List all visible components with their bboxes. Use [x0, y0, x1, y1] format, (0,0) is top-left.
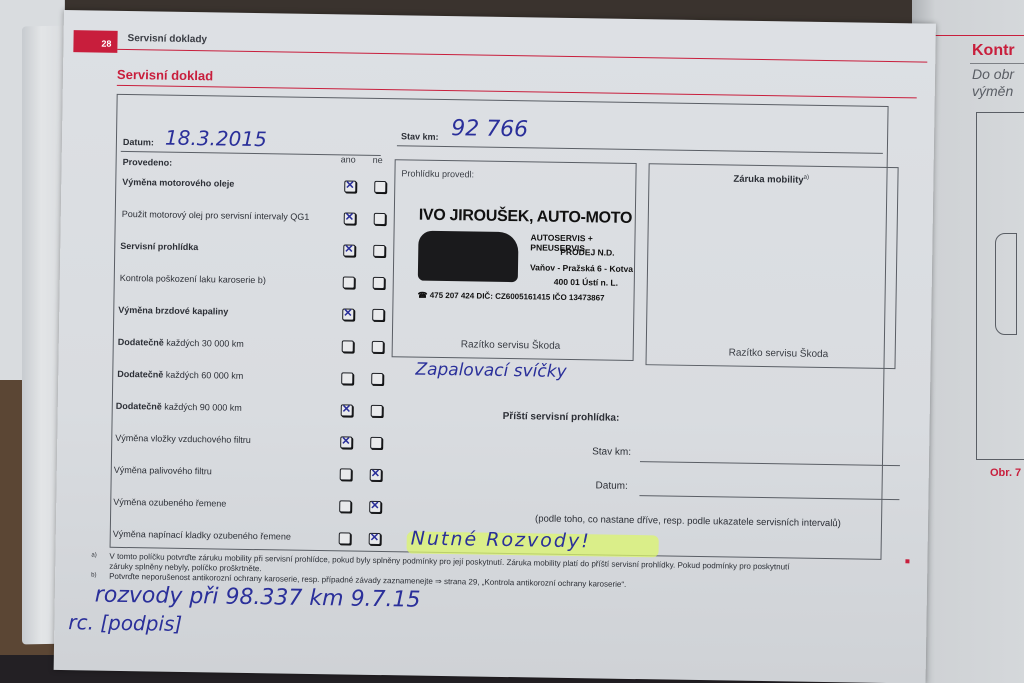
checkbox-no[interactable]	[370, 437, 382, 449]
mobility-footer-label: Razítko servisu Škoda	[729, 347, 829, 360]
checklist-item-bold: Výměna motorového oleje	[122, 177, 234, 189]
checklist-item-label: Dodatečně každých 60 000 km	[117, 369, 243, 381]
checklist-item-label: Dodatečně každých 90 000 km	[116, 401, 242, 413]
checkbox-no[interactable]	[371, 373, 383, 385]
next-stav-km-field[interactable]	[640, 461, 900, 466]
checklist-item-bold: Dodatečně	[117, 369, 163, 380]
checkbox-no[interactable]	[374, 213, 386, 225]
checkbox-yes[interactable]	[340, 436, 352, 448]
running-head: Servisní doklady	[127, 33, 207, 45]
checkbox-yes[interactable]	[343, 276, 355, 288]
handwritten-note-timing-belt: Nutné Rozvody!	[411, 528, 591, 553]
checkbox-yes[interactable]	[342, 308, 354, 320]
stav-km-underline	[397, 145, 883, 154]
facing-page-title-rule	[970, 63, 1024, 64]
checkbox-yes[interactable]	[343, 244, 355, 256]
checklist-item-label: Kontrola poškození laku karoserie b)	[120, 273, 266, 285]
checklist-item-text: Výměna napínací kladky ozubeného řemene	[113, 529, 291, 542]
checkbox-no[interactable]	[374, 181, 386, 193]
checklist-row: Výměna ozubeného řemene	[111, 495, 431, 518]
stamp-logo-car	[418, 231, 519, 283]
inspection-stamp-box: Prohlídku provedl: IVO JIROUŠEK, AUTO-MO…	[392, 159, 637, 361]
mobility-title: Záruka mobilitya)	[733, 174, 809, 186]
checklist-item-text: Výměna palivového filtru	[114, 465, 212, 477]
checklist-item-label: Servisní prohlídka	[120, 241, 198, 252]
footnote-mark: b)	[91, 572, 96, 578]
checkbox-no[interactable]	[369, 501, 381, 513]
stamp-line: ☎ 475 207 424 DIČ: CZ6005161415 IČO 1347…	[417, 291, 604, 303]
page-number-tab: 28	[73, 30, 117, 53]
checklist-item-text: Výměna ozubeného řemene	[113, 497, 226, 509]
facing-figure-frame	[976, 112, 1024, 460]
checkbox-yes[interactable]	[344, 212, 356, 224]
checkbox-no[interactable]	[370, 469, 382, 481]
document-title: Servisní doklad	[117, 67, 213, 84]
checkbox-yes[interactable]	[342, 340, 354, 352]
stamp-line: Vaňov - Pražská 6 - Kotva	[530, 262, 633, 274]
checklist-item-label: Výměna ozubeného řemene	[113, 497, 226, 509]
checklist-row: Výměna brzdové kapaliny	[114, 303, 434, 326]
checkbox-yes[interactable]	[340, 468, 352, 480]
checklist-row: Kontrola poškození laku karoserie b)	[115, 271, 435, 294]
red-corner-mark	[905, 559, 909, 563]
checklist-item-text: každých 30 000 km	[164, 338, 244, 349]
checkbox-yes[interactable]	[341, 372, 353, 384]
checkbox-no[interactable]	[373, 245, 385, 257]
checkbox-yes[interactable]	[344, 180, 356, 192]
checklist-item-text: každých 90 000 km	[162, 402, 242, 413]
checkbox-no[interactable]	[373, 277, 385, 289]
checklist-row: Dodatečně každých 60 000 km	[113, 367, 433, 390]
checklist-item-label: Výměna brzdové kapaliny	[118, 305, 228, 317]
checkbox-no[interactable]	[369, 533, 381, 545]
checklist-item-label: Použit motorový olej pro servisní interv…	[122, 209, 310, 222]
checklist-item-text: Kontrola poškození laku karoserie b)	[120, 273, 266, 285]
checklist-item-label: Dodatečně každých 30 000 km	[118, 337, 244, 349]
mobility-warranty-box: Záruka mobilitya) Razítko servisu Škoda	[645, 163, 898, 369]
checklist-row: Servisní prohlídka	[115, 239, 435, 262]
checkbox-yes[interactable]	[341, 404, 353, 416]
mobility-title-text: Záruka mobility	[733, 174, 803, 186]
service-record-page: 28 Servisní doklady Servisní doklad Datu…	[54, 10, 936, 683]
footnote-mark: a)	[91, 552, 96, 558]
checklist-row: Dodatečně každých 30 000 km	[114, 335, 434, 358]
next-service-note: (podle toho, co nastane dříve, resp. pod…	[535, 513, 841, 529]
inspection-by-label: Prohlídku provedl:	[401, 168, 474, 179]
checkbox-no[interactable]	[372, 309, 384, 321]
checklist-item-bold: Dodatečně	[118, 337, 164, 348]
checklist-item-bold: Servisní prohlídka	[120, 241, 198, 252]
figure-label: Obr. 7	[990, 467, 1021, 479]
facing-page-title: Kontr	[972, 42, 1015, 60]
checklist-item-label: Výměna vložky vzduchového filtru	[115, 433, 251, 445]
handwritten-note-timing-belt-replaced: rozvody při 98.337 km 9.7.15	[95, 583, 421, 613]
next-datum-label: Datum:	[596, 480, 628, 492]
facing-text-line: výměn	[972, 83, 1014, 100]
stav-km-value[interactable]: 92 766	[451, 116, 528, 142]
checkbox-no[interactable]	[372, 341, 384, 353]
stamp-line: PRODEJ N.D.	[560, 247, 614, 258]
checkbox-no[interactable]	[371, 405, 383, 417]
checklist-row: Výměna motorového oleje	[116, 175, 436, 198]
figure-drawing	[995, 233, 1017, 335]
service-form: Datum: 18.3.2015 Stav km: 92 766 Provede…	[110, 94, 889, 560]
head-rule	[117, 49, 927, 63]
checklist-item-label: Výměna napínací kladky ozubeného řemene	[113, 529, 291, 542]
stamp-footer-label: Razítko servisu Škoda	[461, 339, 561, 352]
stamp-line: 400 01 Ústí n. L.	[554, 277, 618, 288]
checklist-item-bold: Výměna brzdové kapaliny	[118, 305, 228, 317]
checklist-row: Výměna napínací kladky ozubeného řemene	[111, 527, 431, 550]
checklist-row: Výměna palivového filtru	[112, 463, 432, 486]
checklist-item-text: každých 60 000 km	[163, 370, 243, 381]
checklist-item-label: Výměna motorového oleje	[122, 177, 234, 189]
handwritten-signature: rc. [podpis]	[68, 610, 182, 636]
next-datum-field[interactable]	[639, 495, 899, 500]
checkbox-yes[interactable]	[339, 500, 351, 512]
checklist-item-bold: Dodatečně	[116, 401, 162, 412]
footnote-ref: a)	[804, 175, 809, 181]
next-stav-km-label: Stav km:	[592, 446, 631, 458]
checklist-item-label: Výměna palivového filtru	[114, 465, 212, 477]
checklist-row: Dodatečně každých 90 000 km	[113, 399, 433, 422]
checklist-item-text: Výměna vložky vzduchového filtru	[115, 433, 251, 445]
checkbox-yes[interactable]	[339, 532, 351, 544]
handwritten-note-spark-plugs: Zapalovací svíčky	[415, 360, 567, 382]
stamp-company-name: IVO JIROUŠEK, AUTO-MOTO	[419, 207, 633, 228]
checklist-row: Použit motorový olej pro servisní interv…	[116, 207, 436, 230]
checklist-row: Výměna vložky vzduchového filtru	[112, 431, 432, 454]
facing-text-line: Do obr	[972, 66, 1014, 83]
facing-page-text: Do obr výměn	[972, 66, 1014, 100]
next-service-heading: Příští servisní prohlídka:	[503, 411, 620, 424]
checklist-item-text: Použit motorový olej pro servisní interv…	[122, 209, 310, 222]
